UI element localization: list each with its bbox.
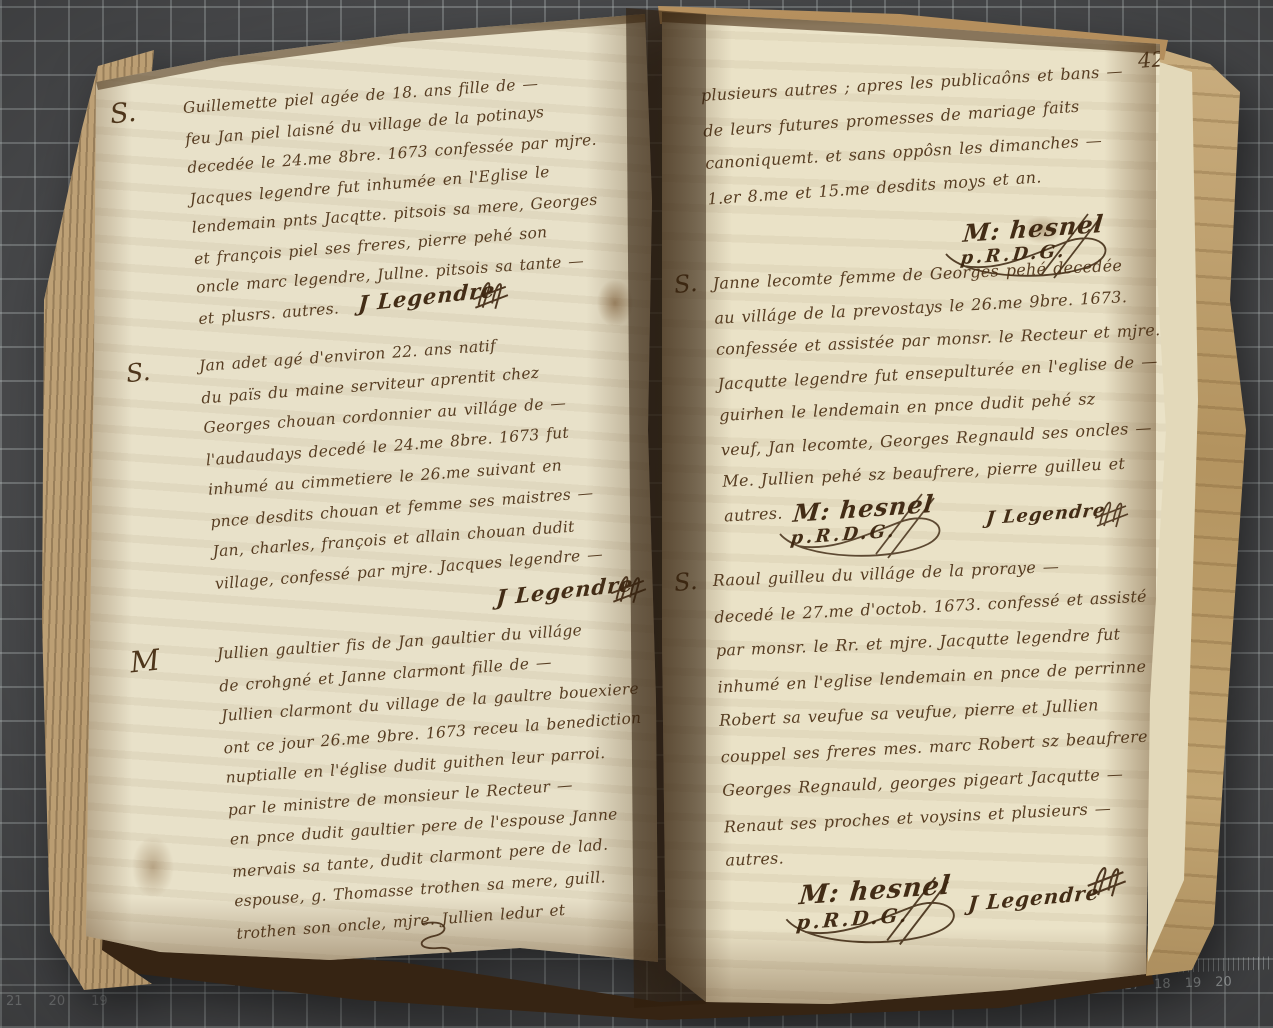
paraph-flourish-icon <box>468 272 510 314</box>
manuscript-book: S. Guillemette piel agée de 18. ans fill… <box>0 0 1273 1028</box>
manuscript-photo: 212019 14151617181920 S. Guillemette pie… <box>0 0 1273 1028</box>
margin-mark: S. <box>108 97 137 131</box>
paraph-flourish-icon <box>1082 856 1128 902</box>
marriage-entry-continuation: plusieurs autres ; apres les publicaôns … <box>700 53 1130 215</box>
burial-entry: Raoul guilleu du villáge de la proraye —… <box>712 544 1159 878</box>
margin-mark: M <box>128 643 161 680</box>
signature-hesnel: M: hesnel p.R.D.G. <box>790 489 936 549</box>
marriage-entry: Jullien gaultier fis de Jan gaultier du … <box>216 611 655 949</box>
paraph-flourish-icon <box>1090 492 1130 532</box>
margin-mark: S. <box>125 357 152 388</box>
burial-entry: Jan adet agé d'environ 22. ans natifdu p… <box>198 324 604 600</box>
signature-hesnel: M: hesnel p.R.D.G. <box>795 870 952 934</box>
